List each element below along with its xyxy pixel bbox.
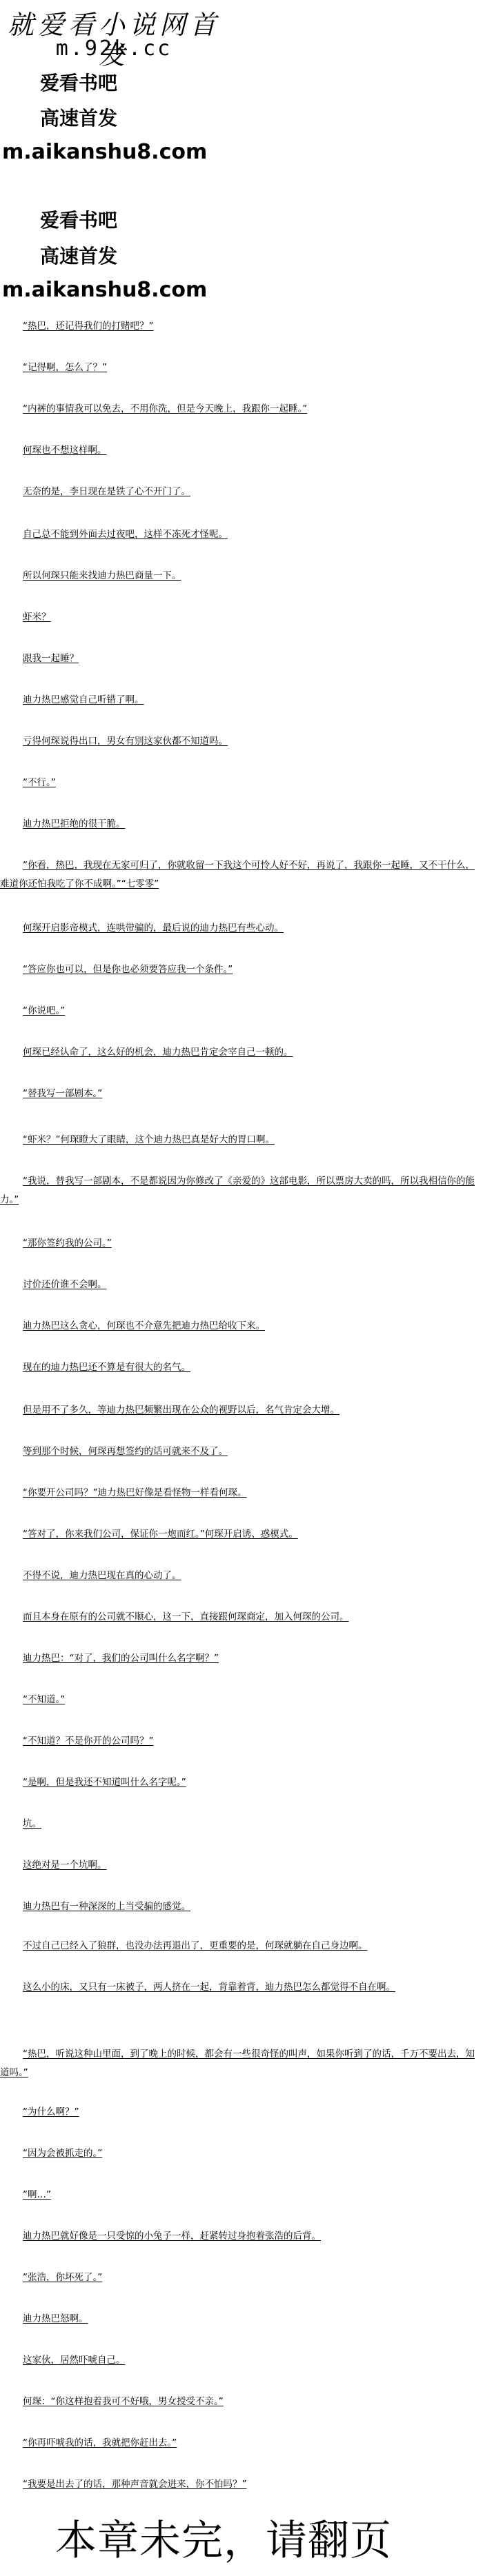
paragraph: 但是用不了多久，等迪力热巴频繁出现在公众的视野以后，名气肯定会大增。 (0, 1401, 483, 1420)
continue-on-next-page-note: 本章未完，请翻页 (55, 2517, 392, 2565)
paragraph: 何琛：“你这样抱着我可不好哦，男女授受不亲。” (0, 2393, 483, 2411)
paragraph: 迪力热巴这么贪心，何琛也不介意先把迪力热巴给收下来。 (0, 1317, 483, 1336)
paragraph: “内裤的事情我可以免去，不用你洗，但是今天晚上，我跟你一起睡。” (0, 400, 483, 419)
paragraph: 讨价还价谁不会啊。 (0, 1276, 483, 1294)
paragraph: 迪力热巴拒绝的很干脆。 (0, 815, 483, 834)
paragraph: “因为会被抓走的。” (0, 2144, 483, 2163)
promo-url[interactable]: m.aikanshu8.com (2, 141, 207, 164)
paragraph: 迪力热巴怒啊。 (0, 2310, 483, 2328)
paragraph: “虾米？”何琛瞪大了眼睛，这个迪力热巴真是好大的胃口啊。 (0, 1131, 483, 1149)
paragraph: “你看，热巴，我现在无家可归了，你就收留一下我这个可怜人好不好，再说了，我跟你一… (0, 856, 483, 894)
paragraph: 现在的迪力热巴还不算是有很大的名气。 (0, 1358, 483, 1377)
site-url: m.92k.cc (0, 37, 228, 61)
paragraph: 迪力热巴感觉自己听错了啊。 (0, 691, 483, 710)
paragraph: “为什么啊？” (0, 2103, 483, 2122)
paragraph: “你说吧。” (0, 1002, 483, 1020)
promo-line-2: 高速首发 (40, 107, 117, 130)
paragraph: “不行。” (0, 774, 483, 792)
paragraph: “不知道？不是你开的公司吗？” (0, 1732, 483, 1751)
promo-line-1: 爱看书吧 (40, 209, 117, 232)
promo-url[interactable]: m.aikanshu8.com (2, 279, 207, 302)
paragraph: “替我写一部剧本。” (0, 1085, 483, 1103)
paragraph: 所以何琛只能来找迪力热巴商量一下。 (0, 567, 483, 585)
paragraph: 虾米？ (0, 608, 483, 627)
paragraph: 迪力热巴有一种深深的上当受骗的感觉。 (0, 1898, 483, 1916)
paragraph: 这么小的床，又只有一床被子，两人挤在一起，背靠着背，迪力热巴怎么都觉得不自在啊。 (0, 1978, 483, 1997)
paragraph: “不知道。” (0, 1691, 483, 1709)
paragraph: 而且本身在原有的公司就不顺心，这一下，直接跟何琛商定，加入何琛的公司。 (0, 1608, 483, 1627)
paragraph: “答对了，你来我们公司，保证你一炮而红。”何琛开启诱、惑模式。 (0, 1525, 483, 1544)
paragraph: 无奈的是，李日现在是铁了心不开门了。 (0, 483, 483, 501)
paragraph: 不得不说，迪力热巴现在真的心动了。 (0, 1567, 483, 1585)
paragraph: 不过自己已经入了狼群，也没办法再退出了，更重要的是，何琛就躺在自己身边啊。 (0, 1937, 483, 1955)
promo-line-1: 爱看书吧 (40, 72, 117, 95)
paragraph: “那你签约我的公司。” (0, 1234, 483, 1253)
paragraph: “你再吓唬我的话，我就把你赶出去。” (0, 2434, 483, 2453)
paragraph: 坑。 (0, 1815, 483, 1833)
paragraph: 等到那个时候，何琛再想签约的话可就来不及了。 (0, 1442, 483, 1461)
paragraph: “啊…” (0, 2186, 483, 2204)
paragraph: “热巴，还记得我们的打赌吧？” (0, 317, 483, 336)
paragraph: “张浩，你坏死了。” (0, 2268, 483, 2287)
paragraph: 这家伙，居然吓唬自己。 (0, 2351, 483, 2370)
paragraph: 何琛也不想这样啊。 (0, 441, 483, 460)
paragraph: 自己总不能到外面去过夜吧，这样不冻死才怪呢。 (0, 525, 483, 544)
promo-line-2: 高速首发 (40, 245, 117, 268)
paragraph: 何琛已经认命了，这么好的机会，迪力热巴肯定会宰自己一顿的。 (0, 1043, 483, 1062)
paragraph: 跟我一起睡？ (0, 650, 483, 668)
paragraph: 这绝对是一个坑啊。 (0, 1856, 483, 1875)
paragraph: “我说，替我写一部剧本，不是都说因为你修改了《亲爱的》这部电影，所以票房大卖的吗… (0, 1172, 483, 1209)
paragraph: “答应你也可以，但是你也必须要答应我一个条件。” (0, 960, 483, 979)
paragraph: “记得啊，怎么了？” (0, 359, 483, 377)
paragraph: 亏得何琛说得出口，男女有别这家伙都不知道吗。 (0, 732, 483, 751)
paragraph: “热巴，听说这种山里面，到了晚上的时候，都会有一些很奇怪的叫声，如果你听到了的话… (0, 2045, 483, 2082)
paragraph: 迪力热巴：“对了，我们的公司叫什么名字啊？” (0, 1649, 483, 1668)
paragraph: “是啊，但是我还不知道叫什么名字呢。” (0, 1773, 483, 1792)
paragraph: “我要是出去了的话，那种声音就会进来，你不怕吗？” (0, 2475, 483, 2494)
paragraph: 何琛开启影帝模式，连哄带骗的，最后说的迪力热巴有些心动。 (0, 919, 483, 938)
paragraph: 迪力热巴就好像是一只受惊的小兔子一样，赶紧转过身抱着张浩的后背。 (0, 2227, 483, 2246)
paragraph: “你要开公司吗？”迪力热巴好像是看怪物一样看何琛。 (0, 1484, 483, 1502)
